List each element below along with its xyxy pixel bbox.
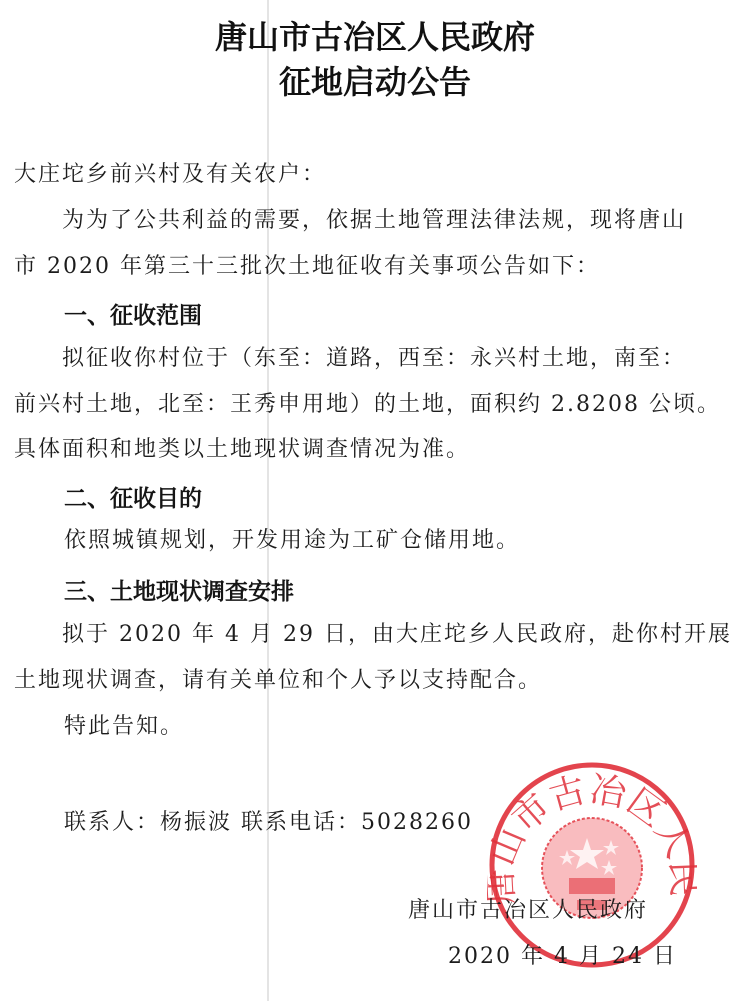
scope-line-1: 拟征收你村位于（东至：道路，西至：永兴村土地，南至： — [62, 346, 686, 372]
scope-line-3: 具体面积和地类以土地现状调查情况为准。 — [14, 437, 470, 463]
document-title: 唐山市古冶区人民政府 — [0, 12, 750, 58]
official-seal-icon: 唐山市古冶区人民政府 — [487, 760, 697, 970]
salutation: 大庄坨乡前兴村及有关农户： — [14, 162, 326, 188]
intro-line-2: 市 2020 年第三十三批次土地征收有关事项公告如下： — [14, 254, 600, 280]
purpose-line-1: 依照城镇规划，开发用途为工矿仓储用地。 — [64, 528, 520, 554]
closing-text: 特此告知。 — [64, 714, 184, 740]
signature-date: 2020 年 4 月 24 日 — [448, 944, 677, 970]
intro-line-1: 为为了公共利益的需要，依据土地管理法律法规，现将唐山 — [62, 208, 686, 234]
scan-fold-line — [267, 0, 269, 1001]
signature-organization: 唐山市古冶区人民政府 — [408, 898, 648, 924]
section-heading-survey: 三、土地现状调查安排 — [64, 573, 294, 606]
scope-line-2: 前兴村土地，北至：王秀申用地）的土地，面积约 2.8208 公顷。 — [14, 392, 721, 418]
survey-line-2: 土地现状调查，请有关单位和个人予以支持配合。 — [14, 668, 542, 694]
survey-line-1: 拟于 2020 年 4 月 29 日，由大庄坨乡人民政府，赴你村开展 — [62, 622, 732, 648]
section-heading-scope: 一、征收范围 — [64, 297, 202, 330]
document-subtitle: 征地启动公告 — [0, 57, 750, 103]
contact-info: 联系人：杨振波 联系电话：5028260 — [64, 810, 473, 836]
section-heading-purpose: 二、征收目的 — [64, 480, 202, 513]
